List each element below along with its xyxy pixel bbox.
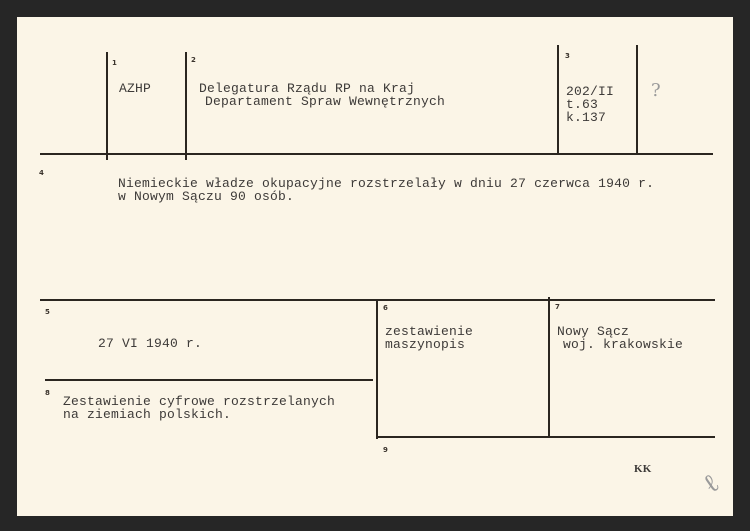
field-number-1: 1 (112, 59, 117, 67)
initials: KK (634, 463, 652, 476)
rule-h-field8 (45, 379, 373, 381)
field-number-6: 6 (383, 304, 388, 312)
field4-line2: w Nowym Sączu 90 osób. (118, 190, 294, 203)
field1-value: AZHP (119, 82, 151, 95)
question-mark-annotation: ? (651, 80, 661, 101)
rule-v-field2 (185, 52, 187, 160)
field-number-4: 4 (39, 169, 44, 177)
rule-v-field3-right (636, 45, 638, 153)
field-number-8: 8 (45, 389, 50, 397)
signature-mark: ℓ (698, 468, 725, 500)
field3-line3: k.137 (566, 111, 606, 124)
field-number-9: 9 (383, 446, 388, 454)
rule-v-field3 (557, 45, 559, 155)
field7-line2: woj. krakowskie (555, 338, 683, 351)
field-number-3: 3 (565, 52, 570, 60)
field-number-7: 7 (555, 303, 560, 311)
field6-line2: maszynopis (385, 338, 465, 351)
rule-v-field1 (106, 52, 108, 160)
field8-line2: na ziemiach polskich. (63, 408, 231, 421)
field-number-2: 2 (191, 56, 196, 64)
field5-value: 27 VI 1940 r. (98, 337, 202, 350)
rule-v-field6 (376, 299, 378, 439)
rule-v-field7 (548, 297, 550, 438)
field-number-5: 5 (45, 308, 50, 316)
rule-h-top (40, 153, 713, 155)
field2-line2: Departament Spraw Wewnętrznych (205, 95, 445, 108)
archive-index-card: 1 2 3 AZHP Delegatura Rządu RP na Kraj D… (17, 17, 733, 516)
rule-h-bottom (376, 436, 715, 438)
